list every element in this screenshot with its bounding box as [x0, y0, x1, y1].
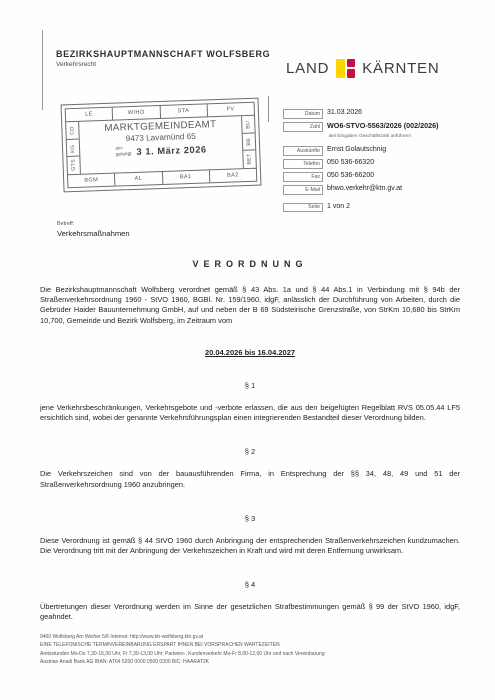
stamp-cell-ba2: BA2 [210, 169, 257, 183]
section-1-number: § 1 [40, 381, 460, 390]
entry-stamp-inner: LE WIHO STA FV CO KG GTS MARKTGEMEINDEAM… [65, 102, 258, 189]
stamp-middle: CO KG GTS MARKTGEMEINDEAMT 9473 Lavamünd… [66, 116, 256, 175]
subject-label: Betreff: [57, 221, 130, 227]
subject-value: Verkehrsmaßnahmen [57, 229, 130, 238]
stamp-cell-sta: STA [160, 104, 208, 118]
entry-stamp: LE WIHO STA FV CO KG GTS MARKTGEMEINDEAM… [61, 98, 262, 193]
document-body: Die Bezirkshauptmannschaft Wolfsberg ver… [40, 285, 460, 623]
stamp-cell-gts: GTS [67, 156, 80, 174]
stamp-cell-fv: FV [207, 103, 254, 117]
section-2-number: § 2 [40, 447, 460, 456]
info-row-zahl: Zahl WO6-STVO-5563/2026 (002/2026) [283, 122, 483, 132]
fold-mark [268, 96, 269, 122]
info-value-datum: 31.03.2026 [327, 109, 362, 117]
footer-line-bank: Austrian Anadi Bank AG IBAN: AT64 5200 0… [40, 658, 470, 666]
document-title: VERORDNUNG [40, 259, 460, 269]
stamp-cell-le: LE [66, 108, 114, 122]
stamp-cell-bu: BU [242, 116, 255, 133]
info-note: Bei Eingaben Geschäftszahl anführen! [329, 134, 483, 139]
letterhead: BEZIRKSHAUPTMANNSCHAFT WOLFSBERG Verkehr… [56, 49, 270, 68]
info-row-telefon: Telefon 050 536-66320 [283, 159, 483, 169]
info-row-auskuenfte: Auskünfte Ernst Golautschnig [283, 146, 483, 156]
flag-red-square-bottom [347, 69, 355, 78]
info-row-datum: Datum 31.03.2026 [283, 109, 483, 119]
info-value-email: bhwo.verkehr@ktn.gv.at [327, 185, 402, 193]
validity-period: 20.04.2026 bis 16.04.2027 [40, 348, 460, 357]
stamp-cell-bgm: BGM [68, 174, 116, 188]
authority-name: BEZIRKSHAUPTMANNSCHAFT WOLFSBERG [56, 49, 270, 59]
stamp-received-label: ein- gelangt [116, 146, 132, 158]
info-label-email: E-Mail [283, 185, 323, 195]
stamp-right-column: BU BB BET [241, 116, 256, 168]
stamp-cell-al: AL [115, 172, 163, 186]
info-value-fax: 050 536-66200 [327, 172, 374, 180]
stamp-received-row: ein- gelangt 3 1. März 2026 [80, 142, 242, 159]
info-value-auskuenfte: Ernst Golautschnig [327, 146, 386, 154]
department-name: Verkehrsrecht [56, 61, 270, 68]
kaernten-flag-icon [336, 58, 355, 78]
stamp-cell-kg: KG [67, 139, 80, 157]
stamp-cell-bb: BB [243, 132, 256, 150]
footer-line-address: 9400 Wolfsberg Am Weiher 5/6 Internet: h… [40, 633, 470, 641]
stamp-cell-ba1: BA1 [162, 170, 210, 184]
stamp-received-date: 3 1. März 2026 [136, 144, 207, 156]
document-infobox: Datum 31.03.2026 Zahl WO6-STVO-5563/2026… [283, 109, 483, 216]
flag-red-squares [347, 59, 355, 78]
flag-yellow-bar [336, 59, 345, 78]
info-value-telefon: 050 536-66320 [327, 159, 374, 167]
info-label-telefon: Telefon [283, 159, 323, 169]
stamp-cell-wiho: WIHO [113, 106, 161, 120]
section-4-number: § 4 [40, 580, 460, 589]
info-row-seite: Seite 1 von 2 [283, 203, 483, 213]
stamp-received-label-line2: gelangt [116, 152, 132, 158]
logo-word-land: LAND [286, 60, 329, 77]
info-value-zahl: WO6-STVO-5563/2026 (002/2026) [327, 122, 438, 130]
info-label-seite: Seite [283, 203, 323, 213]
intro-paragraph: Die Bezirkshauptmannschaft Wolfsberg ver… [40, 285, 460, 326]
scan-mark-left [42, 30, 43, 110]
stamp-center: MARKTGEMEINDEAMT 9473 Lavamünd 65 ein- g… [79, 116, 243, 174]
stamp-received-label-line1: ein- [116, 146, 124, 151]
section-3-text: Diese Verordnung ist gemäß § 44 StVO 196… [40, 536, 460, 556]
section-3-number: § 3 [40, 514, 460, 523]
info-value-seite: 1 von 2 [327, 203, 350, 211]
info-row-fax: Fax 050 536-66200 [283, 172, 483, 182]
stamp-cell-bet: BET [243, 150, 256, 168]
stamp-cell-co: CO [66, 122, 79, 139]
info-label-auskuenfte: Auskünfte [283, 146, 323, 156]
document-footer: 9400 Wolfsberg Am Weiher 5/6 Internet: h… [40, 633, 470, 666]
land-kaernten-logo: LAND KÄRNTEN [286, 58, 440, 78]
info-label-zahl: Zahl [283, 122, 323, 132]
logo-word-kaernten: KÄRNTEN [362, 60, 439, 77]
document-page: BEZIRKSHAUPTMANNSCHAFT WOLFSBERG Verkehr… [0, 0, 495, 700]
footer-line-hours: Amtsstunden Mo-Do 7,30-16,30 Uhr, Fr 7,3… [40, 650, 470, 658]
info-label-fax: Fax [283, 172, 323, 182]
info-row-email: E-Mail bhwo.verkehr@ktn.gv.at [283, 185, 483, 195]
info-label-datum: Datum [283, 109, 323, 119]
subject-block: Betreff: Verkehrsmaßnahmen [57, 221, 130, 238]
flag-red-square-top [347, 59, 355, 68]
section-1-text: jene Verkehrsbeschränkungen, Verkehrsgeb… [40, 403, 460, 423]
footer-line-notice: EINE TELEFONISCHE TERMINVEREINBARUNG ERS… [40, 641, 470, 649]
section-2-text: Die Verkehrszeichen sind von der bauausf… [40, 469, 460, 489]
section-4-text: Übertretungen dieser Verordnung werden i… [40, 602, 460, 622]
